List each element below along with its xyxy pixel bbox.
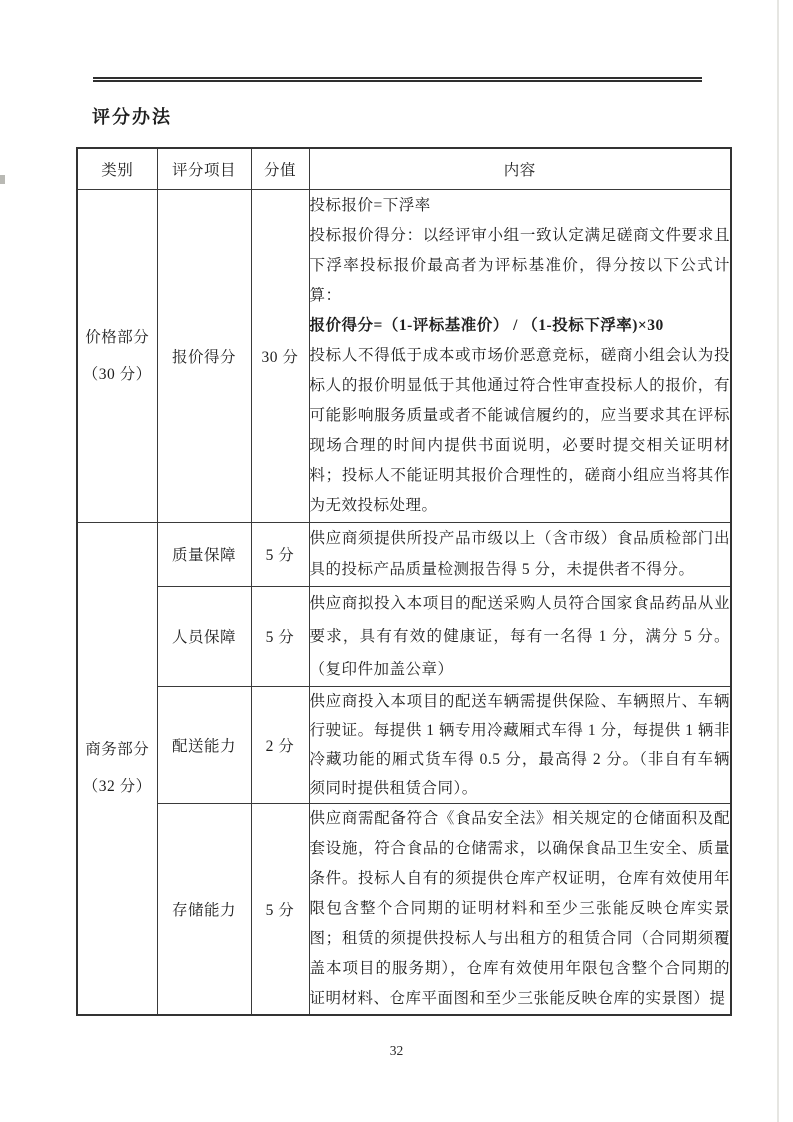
content-line: 供应商须提供所投产品市级以上（含市级）食品质检部门出具的投标产品质量检测报告得 … [310,523,731,585]
category-cell-business: 商务部分 （32 分） [77,522,157,1015]
category-score: （32 分） [78,768,157,805]
item-cell: 报价得分 [157,189,251,522]
score-cell: 5 分 [251,803,309,1015]
item-cell: 人员保障 [157,586,251,686]
header-cell-score: 分值 [251,148,309,189]
content-cell: 供应商需配备符合《食品安全法》相关规定的仓储面积及配套设施，符合食品的仓储需求，… [309,803,731,1015]
category-score: （30 分） [78,356,157,393]
content-cell: 投标报价=下浮率 投标报价得分：以经评审小组一致认定满足磋商文件要求且下浮率投标… [309,189,731,522]
content-line: 投标报价得分：以经评审小组一致认定满足磋商文件要求且下浮率投标报价最高者为评标基… [310,221,731,311]
score-cell: 5 分 [251,586,309,686]
content-cell: 供应商投入本项目的配送车辆需提供保险、车辆照片、车辆行驶证。每提供 1 辆专用冷… [309,686,731,803]
formula-line: 报价得分=（1-评标基准价） / （1-投标下浮率)×30 [310,311,731,341]
page-title: 评分办法 [92,103,172,129]
item-cell: 质量保障 [157,522,251,586]
category-name: 商务部分 [78,731,157,768]
header-double-rule [93,77,702,82]
table-row: 价格部分 （30 分） 报价得分 30 分 投标报价=下浮率 投标报价得分：以经… [77,189,731,522]
document-page: 评分办法 类别 评分项目 分值 内容 价格部分 （30 分） 报价得分 30 分 [0,0,793,1122]
item-cell: 存储能力 [157,803,251,1015]
header-cell-content: 内容 [309,148,731,189]
category-name: 价格部分 [78,319,157,356]
header-cell-category: 类别 [77,148,157,189]
scan-edge-artifact [777,0,779,1122]
content-cell: 供应商须提供所投产品市级以上（含市级）食品质检部门出具的投标产品质量检测报告得 … [309,522,731,586]
content-line: 供应商拟投入本项目的配送采购人员符合国家食品药品从业要求，具有有效的健康证，每有… [310,587,731,686]
table-row: 商务部分 （32 分） 质量保障 5 分 供应商须提供所投产品市级以上（含市级）… [77,522,731,586]
content-line: 供应商投入本项目的配送车辆需提供保险、车辆照片、车辆行驶证。每提供 1 辆专用冷… [310,687,731,803]
score-cell: 5 分 [251,522,309,586]
table-header-row: 类别 评分项目 分值 内容 [77,148,731,189]
table-row: 配送能力 2 分 供应商投入本项目的配送车辆需提供保险、车辆照片、车辆行驶证。每… [77,686,731,803]
content-line: 投标报价=下浮率 [310,191,731,221]
scan-speck-artifact [0,175,5,184]
category-cell-price: 价格部分 （30 分） [77,189,157,522]
header-cell-item: 评分项目 [157,148,251,189]
content-line: 投标人不得低于成本或市场价恶意竞标，磋商小组会认为投标人的报价明显低于其他通过符… [310,341,731,521]
score-cell: 2 分 [251,686,309,803]
content-cell: 供应商拟投入本项目的配送采购人员符合国家食品药品从业要求，具有有效的健康证，每有… [309,586,731,686]
content-line: 供应商需配备符合《食品安全法》相关规定的仓储面积及配套设施，符合食品的仓储需求，… [310,804,731,1014]
scoring-method-table: 类别 评分项目 分值 内容 价格部分 （30 分） 报价得分 30 分 投标报价… [76,147,732,1016]
score-cell: 30 分 [251,189,309,522]
table-row: 存储能力 5 分 供应商需配备符合《食品安全法》相关规定的仓储面积及配套设施，符… [77,803,731,1015]
page-number: 32 [0,1043,793,1059]
table-row: 人员保障 5 分 供应商拟投入本项目的配送采购人员符合国家食品药品从业要求，具有… [77,586,731,686]
item-cell: 配送能力 [157,686,251,803]
